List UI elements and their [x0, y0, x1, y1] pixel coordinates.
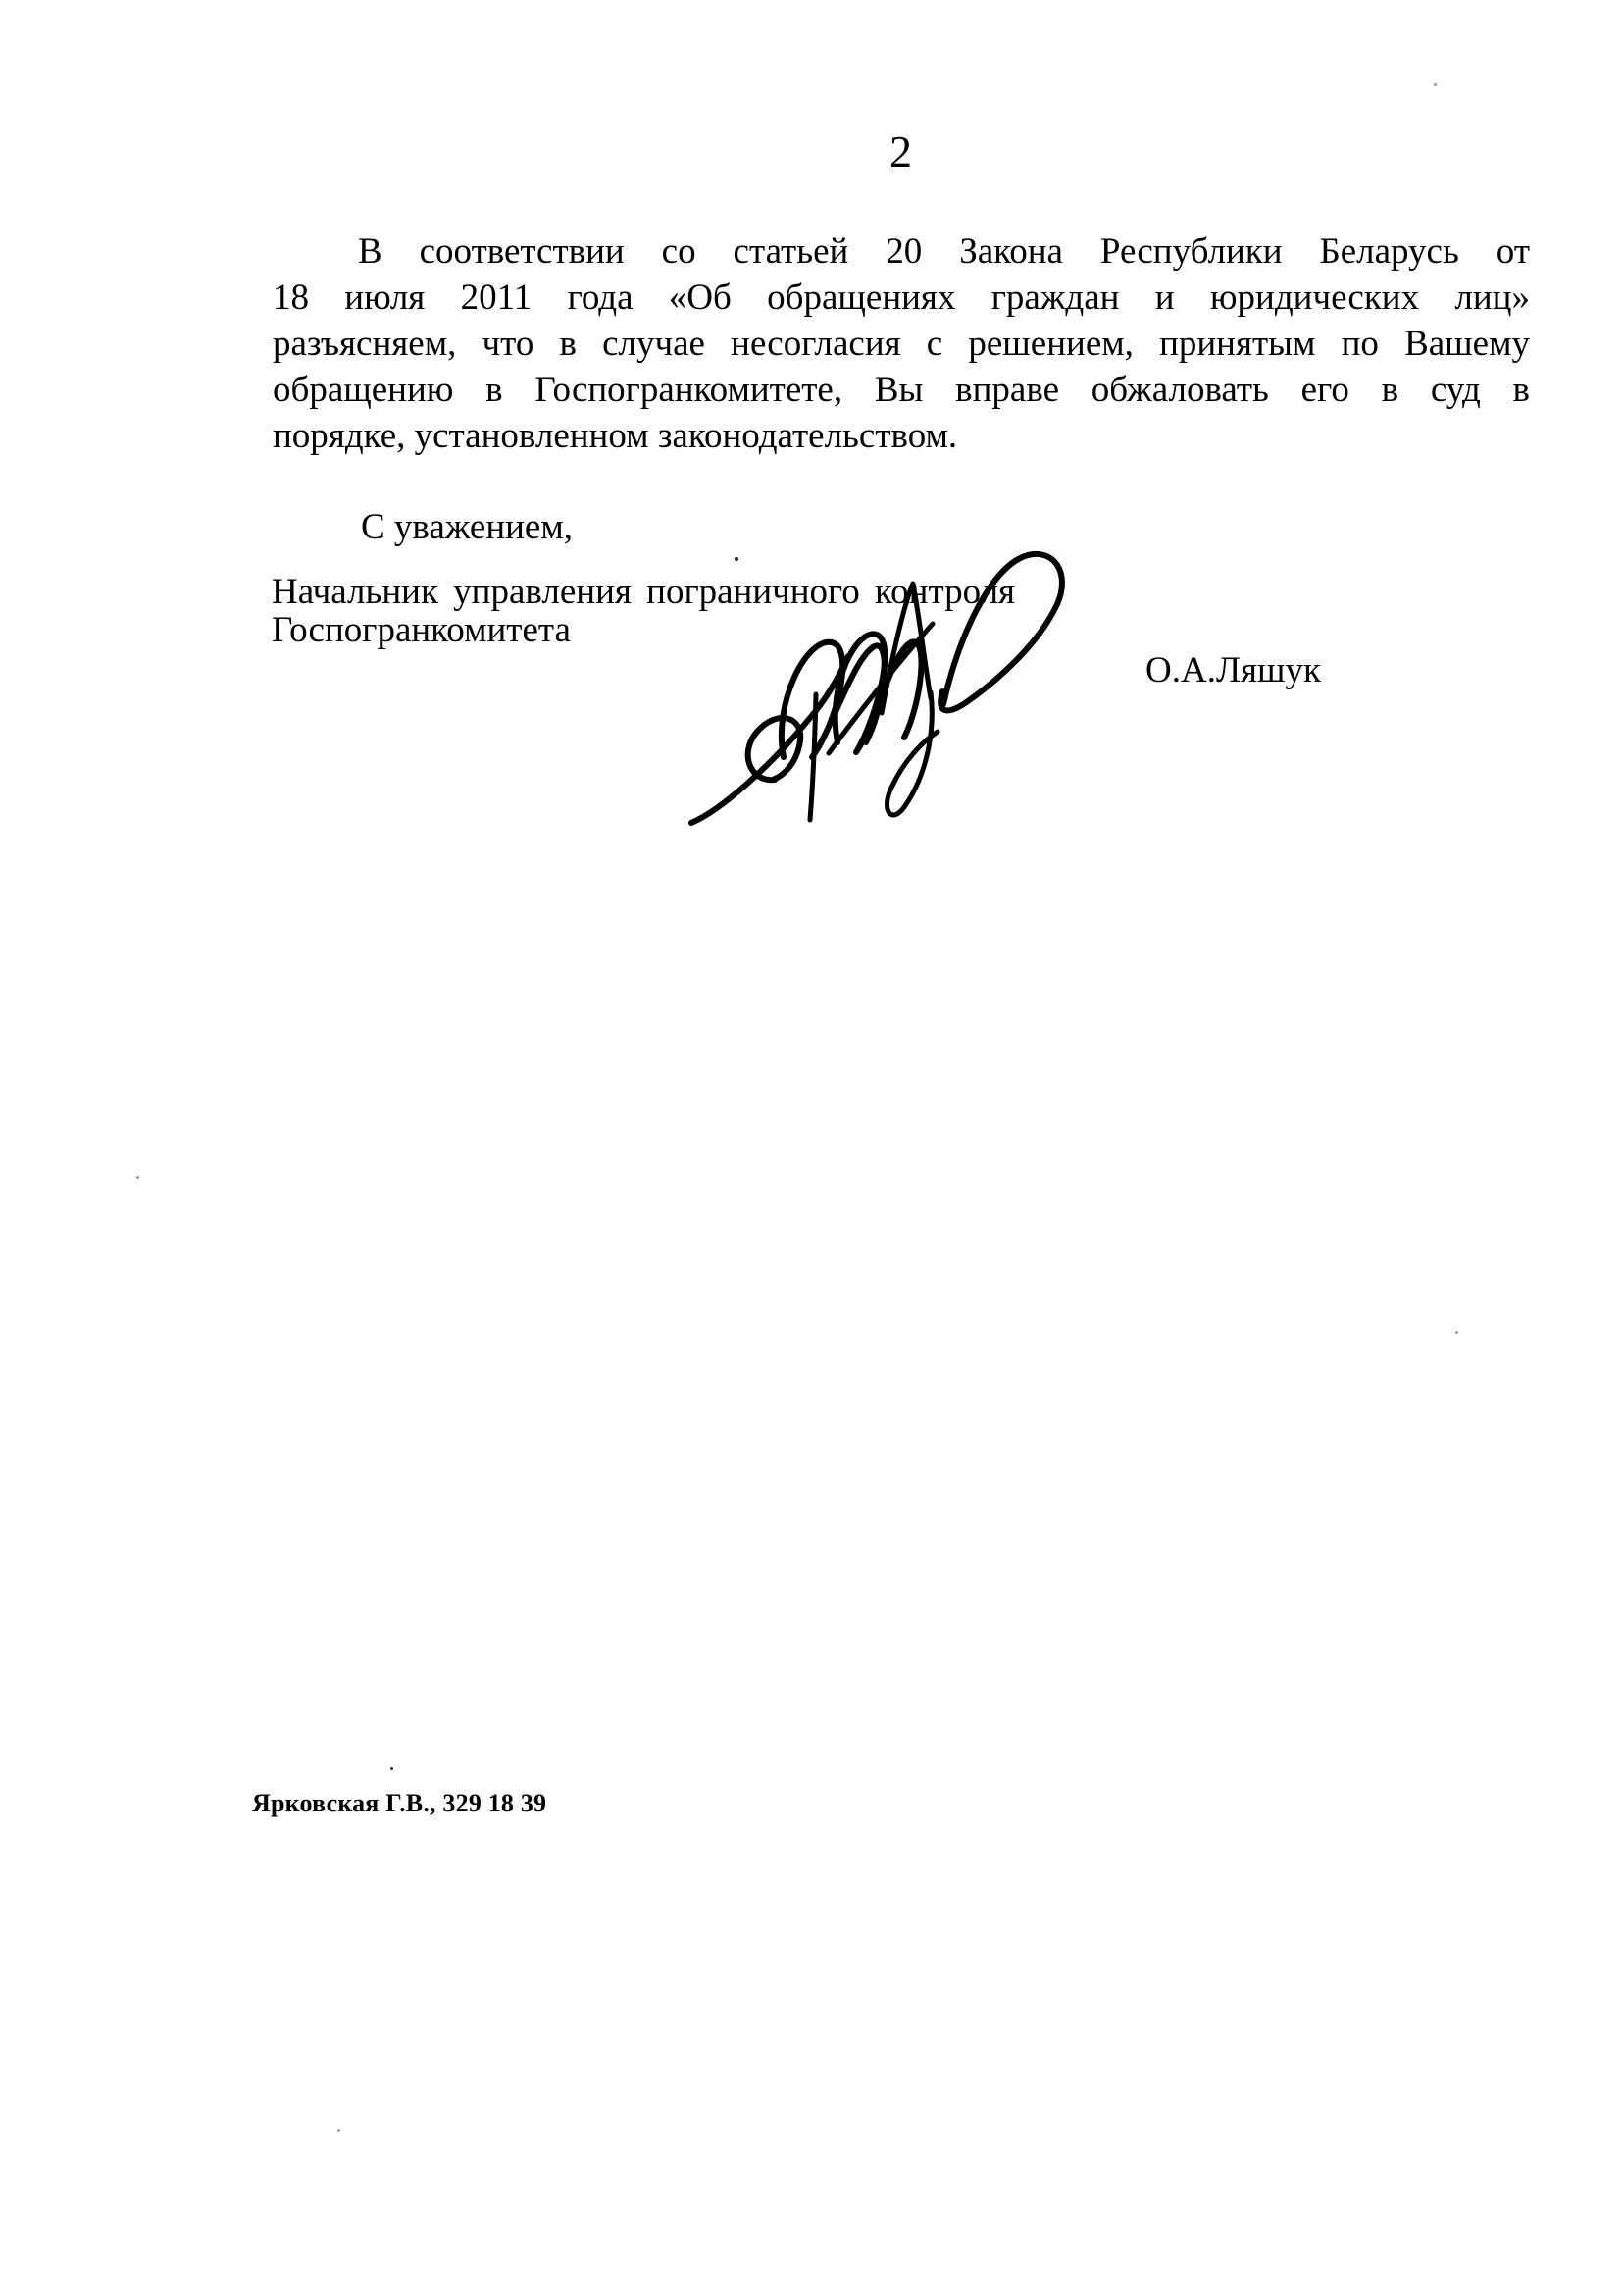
- scan-speck: [735, 557, 738, 561]
- paragraph-line: разъясняем, что в случае несогласия с ре…: [273, 321, 1530, 367]
- scan-speck: [1455, 1331, 1458, 1334]
- paragraph-line: В соответствии со статьей 20 Закона Респ…: [273, 229, 1530, 275]
- body-paragraph: В соответствии со статьей 20 Закона Респ…: [273, 229, 1530, 459]
- paragraph-line: обращению в Госпогранкомитете, Вы вправе…: [273, 367, 1530, 413]
- scan-speck: [390, 1767, 393, 1770]
- scan-speck: [136, 1176, 139, 1179]
- signature-scribble-icon: [680, 545, 1084, 840]
- signer-name: О.А.Ляшук: [1145, 647, 1321, 693]
- scan-speck: [1434, 83, 1437, 86]
- paragraph-line: 18 июля 2011 года «Об обращениях граждан…: [273, 275, 1530, 321]
- footer-contact: Ярковская Г.В., 329 18 39: [252, 1788, 546, 1818]
- document-page: 2 В соответствии со статьей 20 Закона Ре…: [0, 0, 1624, 2294]
- paragraph-line: порядке, установленном законодательством…: [273, 413, 1530, 459]
- page-number: 2: [273, 127, 1530, 178]
- scan-speck: [337, 2129, 340, 2132]
- salutation: С уважением,: [361, 504, 573, 550]
